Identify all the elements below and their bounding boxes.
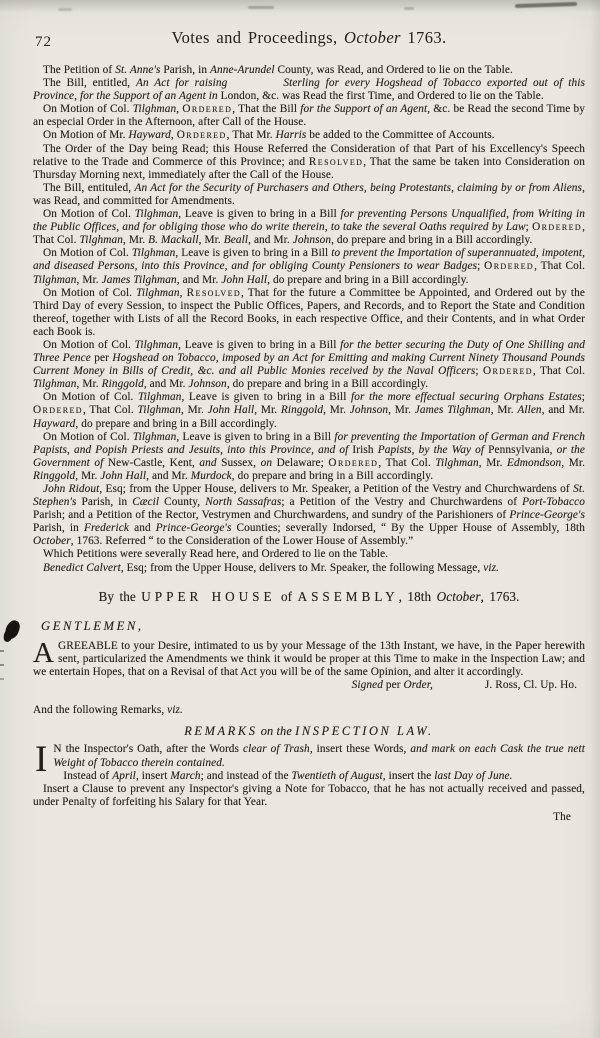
text-segment: , Mr. <box>199 234 224 246</box>
text-segment: Which Petitions were severally Read here… <box>43 548 388 560</box>
text-segment: , do prepare and bring in a Bill accordi… <box>232 470 433 482</box>
text-segment: , Mr. <box>123 234 148 246</box>
text-segment: for the Support of an Agent <box>300 103 427 115</box>
text-segment: , 1763. Referred “ to the Consideration … <box>71 535 413 547</box>
text-segment: , and Mr. <box>248 234 293 246</box>
text-segment: October <box>437 589 481 604</box>
text-segment: , Leave is given to bring in a Bill <box>178 208 340 220</box>
text-segment: Sussex, <box>217 457 261 469</box>
signature-signed-label: Signed per Order, <box>352 679 433 692</box>
text-segment: Hayward <box>33 418 75 430</box>
text-segment: Irish <box>348 444 377 456</box>
margin-mark <box>0 650 4 652</box>
text-segment: Johnson <box>350 404 388 416</box>
top-edge-smudge <box>58 8 72 11</box>
text-segment: Ringgold <box>33 470 75 482</box>
text-segment: October <box>344 28 401 47</box>
ink-blot <box>3 618 21 640</box>
document-page: 72 Votes and Proceedings, October 1763. … <box>0 0 600 1038</box>
remarks-intro-paragraph: And the following Remarks, viz. <box>33 704 585 717</box>
text-segment: , Mr. <box>181 404 208 416</box>
text-segment: Twentieth of August <box>292 770 383 782</box>
text-segment: be added to the Committee of Accounts. <box>306 129 494 141</box>
text-segment: 1763. <box>401 28 447 47</box>
text-segment: Anne-Arundel <box>210 64 275 76</box>
text-segment: Tilghman <box>137 404 181 416</box>
text-segment: for the more effectual securing Orphans … <box>351 391 582 403</box>
text-segment: per <box>383 679 404 691</box>
text-segment: Resolved <box>187 287 241 299</box>
text-segment: Ringgold <box>281 404 323 416</box>
margin-mark <box>0 664 4 666</box>
text-segment: On Motion of Col. <box>43 287 136 299</box>
text-segment: Benedict Calvert <box>43 562 121 574</box>
text-segment: Ordered <box>532 221 582 233</box>
april-march-remark-paragraph: Instead of April, insert March; and inst… <box>33 770 585 783</box>
gentlemen-salutation: GENTLEMEN, <box>33 620 585 633</box>
text-segment: Tilghman <box>133 431 177 443</box>
text-segment: London, &c. was Read the first Time, and… <box>218 90 544 102</box>
text-segment: County, <box>159 496 205 508</box>
drop-cap: A <box>33 640 58 666</box>
text-segment: , Leave is given to bring in a Bill <box>181 391 351 403</box>
top-edge-smudge <box>404 7 414 10</box>
page-content: 72 Votes and Proceedings, October 1763. … <box>33 26 585 824</box>
text-segment: Johnson <box>293 234 331 246</box>
text-segment: , insert the <box>383 770 435 782</box>
text-segment: Johnson <box>188 378 226 390</box>
signature-name: J. Ross, Cl. Up. Ho. <box>485 679 577 692</box>
text-segment: April <box>112 770 136 782</box>
text-segment: , That Mr. <box>227 129 276 141</box>
text-segment: Votes and Proceedings, <box>171 28 344 47</box>
text-segment: and <box>199 457 216 469</box>
text-segment: The <box>553 811 571 823</box>
page-header: 72 Votes and Proceedings, October 1763. <box>33 28 585 54</box>
text-segment: On Motion of Col. <box>43 431 133 443</box>
text-segment: Parish; and a Petition of the Rector, Ve… <box>33 509 509 521</box>
text-segment: St. Anne's <box>115 64 160 76</box>
top-edge-smudge <box>515 2 577 8</box>
petition-st-annes-paragraph: The Petition of St. Anne's Parish, in An… <box>33 64 585 77</box>
text-segment: , That Col. <box>534 260 585 272</box>
text-segment: , Esq; from the Upper House, delivers to… <box>99 483 573 495</box>
text-segment: Delaware; <box>272 457 328 469</box>
text-segment: Prince-George's <box>509 509 585 521</box>
motion-hayward-paragraph: On Motion of Mr. Hayward, Ordered, That … <box>33 129 585 142</box>
text-segment: on the <box>258 724 296 738</box>
text-segment: ; a Petition of the Vestry and Churchwar… <box>281 496 522 508</box>
text-segment: , do prepare and bring in a Bill accordi… <box>227 378 428 390</box>
text-segment: The Bill, entituled, <box>43 182 134 194</box>
text-segment: Tilghman <box>135 208 179 220</box>
text-segment: , do prepare and bring in a Bill accordi… <box>75 418 276 430</box>
motion-committee-inspect-offices-paragraph: On Motion of Col. Tilghman, Resolved, Th… <box>33 287 585 339</box>
text-segment: Cæcil <box>132 496 159 508</box>
text-segment: Ordered <box>328 457 378 469</box>
text-segment: J. Ross, Cl. Up. Ho. <box>485 679 577 691</box>
text-segment: , That the Bill <box>232 103 300 115</box>
text-segment: ; and instead of the <box>201 770 292 782</box>
text-segment: Ordered <box>177 129 227 141</box>
text-segment: On Motion of Mr. <box>43 129 129 141</box>
text-segment: ; <box>475 365 483 377</box>
text-segment: last Day of June. <box>434 770 512 782</box>
text-segment: , and Mr. <box>177 274 222 286</box>
drop-cap: I <box>33 743 53 776</box>
text-segment: , Leave is given to bring in a Bill <box>176 431 334 443</box>
text-segment: John Hall <box>221 274 267 286</box>
text-segment: Frederick <box>84 522 129 534</box>
text-segment: Murdock <box>191 470 232 482</box>
text-segment: James Tilghman <box>415 404 491 416</box>
document-body: The Petition of St. Anne's Parish, in An… <box>33 64 585 824</box>
text-segment: GREEABLE to your Desire, intimated to us… <box>33 640 585 678</box>
text-segment: Tilghman <box>138 391 182 403</box>
text-segment: , 1763. <box>481 589 520 604</box>
text-segment: , Mr. <box>254 404 281 416</box>
text-segment: , Mr. <box>388 404 415 416</box>
text-segment: John Ridout <box>43 483 99 495</box>
text-segment: On Motion of Col. <box>43 391 138 403</box>
text-segment: John Hall <box>100 470 146 482</box>
text-segment: Ordered <box>33 404 83 416</box>
text-segment: Signed <box>352 679 383 691</box>
text-segment: , Mr. <box>75 470 100 482</box>
text-segment: North Sassafras <box>205 496 281 508</box>
text-segment: , Leave is given to bring in a Bill <box>175 247 331 259</box>
text-segment: Counties; severally Indorsed, “ By the U… <box>231 522 585 534</box>
text-segment: Insert a Clause to prevent any Inspector… <box>33 783 585 808</box>
text-segment: The Bill, entitled, <box>43 77 136 89</box>
text-segment: , 18th <box>399 589 437 604</box>
text-segment: The Petition of <box>43 64 115 76</box>
page-number: 72 <box>35 34 52 51</box>
text-segment: Beall <box>224 234 248 246</box>
text-segment: Tilghman <box>33 274 77 286</box>
text-segment: Papists, by the Way of <box>378 444 484 456</box>
purchasers-security-bill-paragraph: The Bill, entituled, An Act for the Secu… <box>33 182 585 208</box>
text-segment: Order, <box>404 679 433 691</box>
text-segment: viz. <box>483 562 499 574</box>
petitions-read-paragraph: Which Petitions were severally Read here… <box>33 548 585 561</box>
text-segment: Hayward <box>129 129 171 141</box>
text-segment: , Esq; from the Upper House, delivers to… <box>121 562 483 574</box>
motion-importation-pensioners-paragraph: On Motion of Col. Tilghman, Leave is giv… <box>33 247 585 286</box>
text-segment: , Mr. <box>561 457 585 469</box>
text-segment: An Act for the Security of Purchasers an… <box>134 182 582 194</box>
page-title: Votes and Proceedings, October 1763. <box>33 28 585 48</box>
inspector-note-clause-paragraph: Insert a Clause to prevent any Inspector… <box>33 783 585 809</box>
text-segment: , Leave is given to bring in a Bill <box>178 339 340 351</box>
text-segment: On Motion of Col. <box>43 339 135 351</box>
text-segment: viz. <box>167 704 183 716</box>
text-segment: Ordered <box>483 365 533 377</box>
text-segment: Resolved <box>309 156 363 168</box>
text-segment: John Hall <box>208 404 255 416</box>
text-segment: , That Col. <box>378 457 435 469</box>
text-segment: Prince-George's <box>156 522 232 534</box>
text-segment: , Mr. <box>77 378 102 390</box>
text-segment: On Motion of Col. <box>43 208 135 220</box>
text-segment: N the Inspector's Oath, after the Words <box>53 743 243 755</box>
text-segment: On Motion of Col. <box>43 247 132 259</box>
signature-line: Signed per Order,J. Ross, Cl. Up. Ho. <box>33 679 585 692</box>
text-segment: Ordered <box>182 103 232 115</box>
text-segment: Harris <box>276 129 307 141</box>
text-segment: By the <box>98 589 141 604</box>
text-segment: REMARKS <box>184 724 257 738</box>
order-of-the-day-paragraph: The Order of the Day being Read; this Ho… <box>33 143 585 182</box>
text-segment: Tilghman <box>33 378 77 390</box>
motion-public-offices-writing-paragraph: On Motion of Col. Tilghman, Leave is giv… <box>33 208 585 247</box>
text-segment: , insert these Words, <box>310 743 411 755</box>
text-segment: Tilghman <box>80 234 124 246</box>
text-segment: And the following Remarks, <box>33 704 167 716</box>
text-segment: , insert <box>136 770 170 782</box>
text-segment: On Motion of Col. <box>43 103 133 115</box>
inspectors-oath-remark-paragraph: IN the Inspector's Oath, after the Words… <box>33 743 585 769</box>
text-segment: Instead of <box>63 770 112 782</box>
text-segment: , do prepare and bring in a Bill accordi… <box>267 274 468 286</box>
text-segment: , Mr. <box>479 457 507 469</box>
top-edge-smudge <box>248 6 274 9</box>
text-segment: INSPECTION LAW. <box>295 724 434 738</box>
text-segment: Port-Tobacco <box>522 496 585 508</box>
text-segment: Ordered <box>484 260 534 272</box>
text-segment: on <box>261 457 273 469</box>
text-segment: October <box>33 535 71 547</box>
text-segment: per <box>91 352 112 364</box>
text-segment: , and Mr. <box>146 470 191 482</box>
text-segment: Edmondson <box>507 457 561 469</box>
motion-orphans-estates-paragraph: On Motion of Col. Tilghman, Leave is giv… <box>33 391 585 430</box>
text-segment: and <box>129 522 156 534</box>
motion-papists-importation-paragraph: On Motion of Col. Tilghman, Leave is giv… <box>33 431 585 483</box>
text-segment: Parish, in <box>160 64 210 76</box>
tobacco-agent-bill-paragraph: The Bill, entitled, An Act for raisingSt… <box>33 77 585 103</box>
text-segment: , Mr. <box>323 404 350 416</box>
text-segment: County, was Read, and Ordered to lie on … <box>275 64 513 76</box>
text-segment: An Act for raising <box>136 77 227 89</box>
text-segment: Ringgold <box>102 378 144 390</box>
text-segment: , That Col. <box>83 404 138 416</box>
text-segment: , and Mr. <box>542 404 585 416</box>
motion-tobacco-duty-paragraph: On Motion of Col. Tilghman, Leave is giv… <box>33 339 585 391</box>
text-segment: UPPER HOUSE <box>141 589 275 604</box>
text-segment: GENTLEMEN, <box>41 619 144 633</box>
text-segment: , Mr. <box>491 404 518 416</box>
text-segment: Tilghman <box>133 103 177 115</box>
upper-house-heading: By the UPPER HOUSE of ASSEMBLY, 18th Oct… <box>33 590 585 603</box>
text-segment: Parish, in <box>33 522 84 534</box>
motion-tilghman-agent-bill-paragraph: On Motion of Col. Tilghman, Ordered, Tha… <box>33 103 585 129</box>
text-segment: clear of Trash <box>243 743 310 755</box>
text-segment: Allen <box>517 404 541 416</box>
text-segment: ; <box>582 391 585 403</box>
text-segment: Parish, in <box>76 496 132 508</box>
text-segment: James Tilghman <box>102 274 177 286</box>
text-segment: New-Castle, Kent, <box>103 457 199 469</box>
text-segment: , That Col. <box>533 365 585 377</box>
text-segment: Tilghman <box>132 247 176 259</box>
margin-mark <box>0 678 4 680</box>
text-segment: Pennsylvania, <box>484 444 556 456</box>
text-segment: ASSEMBLY <box>298 589 399 604</box>
text-segment: , Mr. <box>77 274 102 286</box>
text-segment: , do prepare and bring in a Bill accordi… <box>331 234 532 246</box>
text-segment: March <box>170 770 200 782</box>
catchword: The <box>33 811 585 824</box>
text-segment: , <box>180 287 187 299</box>
remarks-heading: REMARKS on the INSPECTION LAW. <box>33 725 585 738</box>
text-segment: , and Mr. <box>144 378 189 390</box>
text-segment: of <box>276 589 298 604</box>
ridout-petitions-paragraph: John Ridout, Esq; from the Upper House, … <box>33 483 585 548</box>
text-segment: B. Mackall <box>148 234 199 246</box>
agreeable-message-paragraph: AGREEABLE to your Desire, intimated to u… <box>33 640 585 679</box>
text-segment: Tilghman <box>136 287 180 299</box>
calvert-message-paragraph: Benedict Calvert, Esq; from the Upper Ho… <box>33 562 585 575</box>
text-segment: Tilghman <box>135 339 179 351</box>
text-segment: Tilghman <box>435 457 479 469</box>
